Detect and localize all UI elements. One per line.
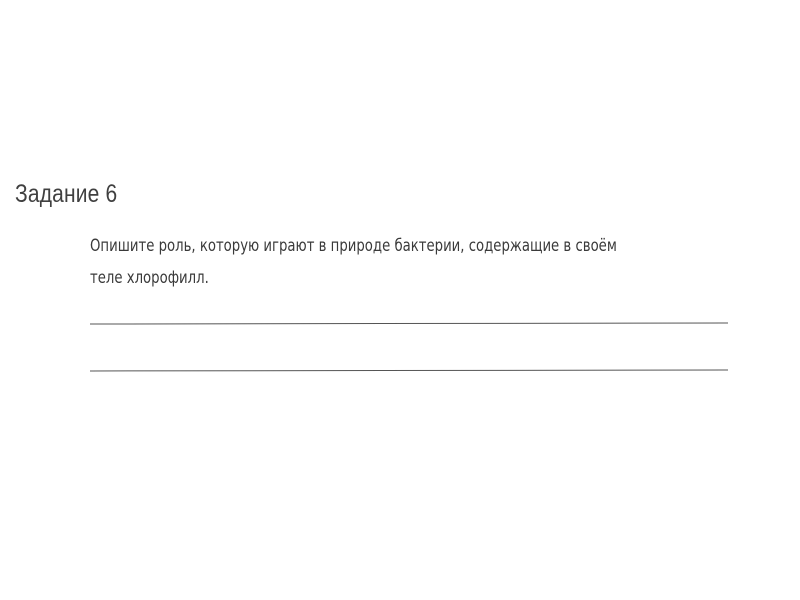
question-line-1: Опишите роль, которую играют в природе б… [90,230,683,262]
task-question: Опишите роль, которую играют в природе б… [90,230,683,294]
question-line-2: теле хлорофилл. [90,262,683,294]
task-title: Задание 6 [15,180,117,209]
answer-line-2[interactable] [90,370,728,372]
answer-line-1[interactable] [90,322,728,324]
